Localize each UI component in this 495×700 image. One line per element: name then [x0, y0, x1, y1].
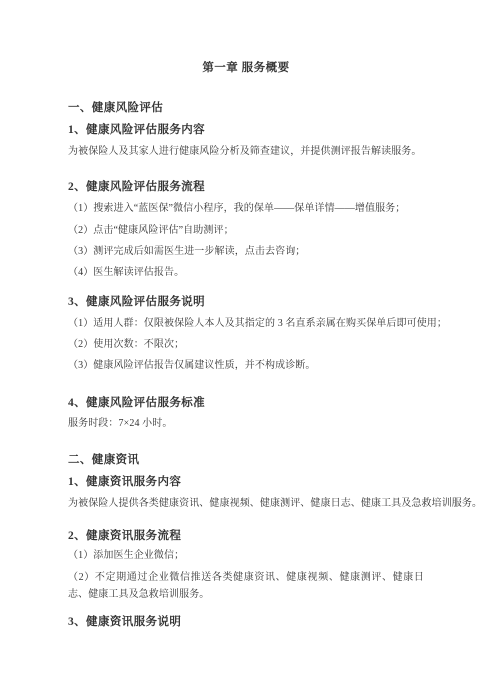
section-1-sub-4-heading: 4、健康风险评估服务标准	[68, 396, 424, 410]
section-2-sub-3-heading: 3、健康资讯服务说明	[68, 615, 424, 629]
section-1-sub-1-heading: 1、健康风险评估服务内容	[68, 123, 424, 137]
section-1-sub-1-body: 为被保险人及其家人进行健康风险分析及筛查建议，并提供测评报告解读服务。	[68, 145, 424, 159]
list-item: （1）适用人群：仅限被保险人本人及其指定的 3 名直系亲属在购买保单后即可使用；	[68, 317, 424, 331]
list-item: （3）测评完成后如需医生进一步解读，点击去咨询；	[68, 245, 424, 259]
list-item: （2）点击“健康风险评估”自助测评；	[68, 224, 424, 238]
section-2-sub-2-heading: 2、健康资讯服务流程	[68, 529, 424, 543]
section-1-sub-2-heading: 2、健康风险评估服务流程	[68, 180, 424, 194]
list-item: （2）使用次数：不限次；	[68, 338, 424, 352]
list-item: （2）不定期通过企业微信推送各类健康资讯、健康视频、健康测评、健康日志、健康工具…	[68, 569, 424, 603]
section-1-sub-4-body: 服务时段：7×24 小时。	[68, 417, 424, 431]
list-item: （1）添加医生企业微信；	[68, 549, 424, 563]
list-item: （1）搜索进入“蓝医保”微信小程序，我的保单——保单详情——增值服务；	[68, 202, 424, 216]
section-2-heading: 二、健康资讯	[68, 453, 424, 467]
section-1-heading: 一、健康风险评估	[68, 101, 424, 115]
chapter-title: 第一章 服务概要	[68, 60, 424, 76]
list-item: （4）医生解读评估报告。	[68, 266, 424, 280]
document-page: 第一章 服务概要 一、健康风险评估 1、健康风险评估服务内容 为被保险人及其家人…	[0, 0, 495, 700]
list-item: （3）健康风险评估报告仅属建议性质，并不构成诊断。	[68, 359, 424, 373]
section-2-sub-1-heading: 1、健康资讯服务内容	[68, 475, 424, 489]
section-1-sub-3-heading: 3、健康风险评估服务说明	[68, 295, 424, 309]
section-2-sub-1-body: 为被保险人提供各类健康资讯、健康视频、健康测评、健康日志、健康工具及急救培训服务…	[68, 497, 424, 511]
